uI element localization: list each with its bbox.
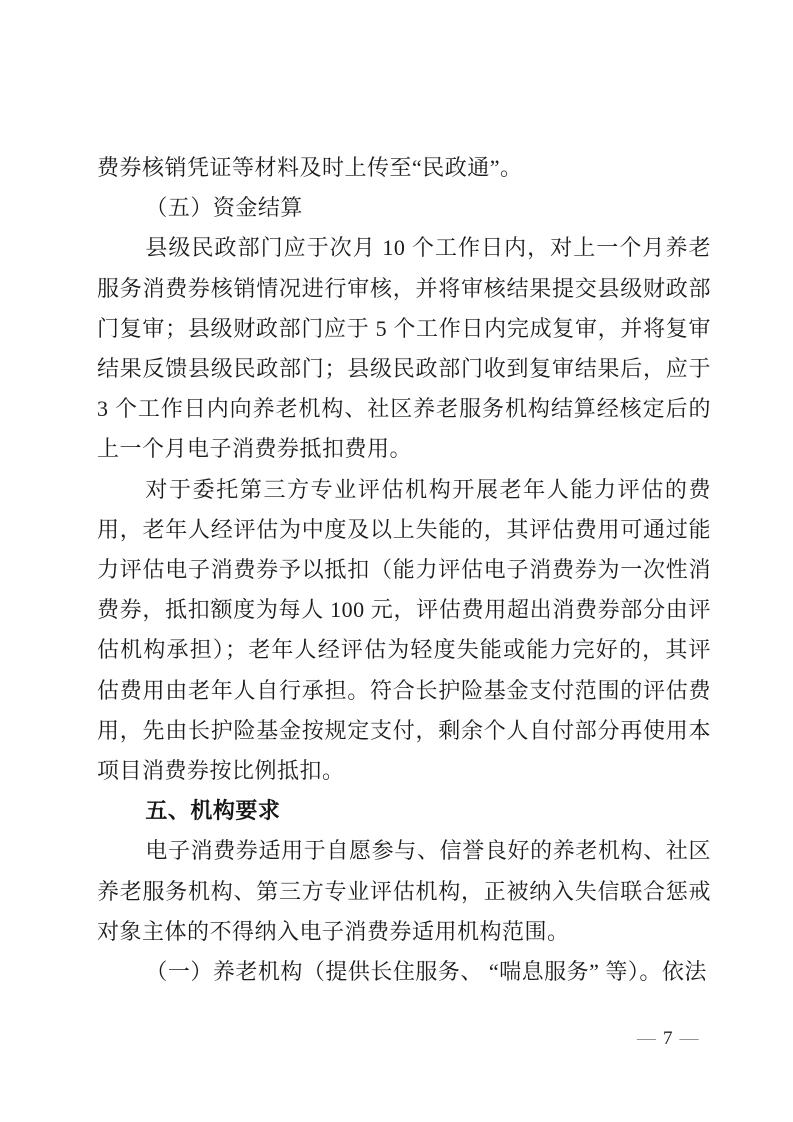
- paragraph-assessment-fees: 对于委托第三方专业评估机构开展老年人能力评估的费用，老年人经评估为中度及以上失能…: [97, 470, 711, 792]
- subsection-heading-5-settlement: （五）资金结算: [97, 188, 711, 228]
- page-number-left-dash: —: [630, 1028, 663, 1049]
- document-body: 费券核销凭证等材料及时上传至“民政通”。 （五）资金结算 县级民政部门应于次月 …: [97, 148, 711, 992]
- page-number: —7—: [630, 1027, 706, 1051]
- paragraph-settlement-process: 县级民政部门应于次月 10 个工作日内，对上一个月养老服务消费券核销情况进行审核…: [97, 228, 711, 469]
- paragraph-elderly-care-institutions: （一）养老机构（提供长住服务、 “喘息服务” 等）。依法: [97, 952, 711, 992]
- paragraph-continuation: 费券核销凭证等材料及时上传至“民政通”。: [97, 148, 711, 188]
- section-heading-5-institution-requirements: 五、机构要求: [97, 791, 711, 831]
- page-number-right-dash: —: [673, 1028, 706, 1049]
- page-number-value: 7: [663, 1028, 673, 1049]
- paragraph-applicable-institutions: 电子消费券适用于自愿参与、信誉良好的养老机构、社区养老服务机构、第三方专业评估机…: [97, 831, 711, 952]
- document-page: 费券核销凭证等材料及时上传至“民政通”。 （五）资金结算 县级民政部门应于次月 …: [0, 0, 793, 1122]
